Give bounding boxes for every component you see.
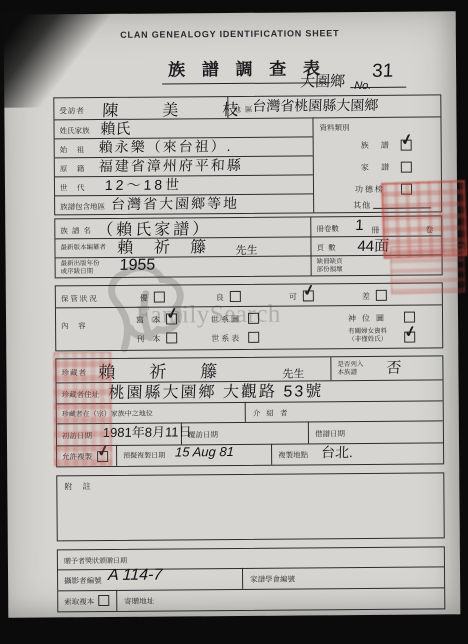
contents-lineage-chart-label: 世系圖	[211, 314, 241, 325]
number-underline	[350, 87, 406, 89]
compiler-suffix: 先生	[235, 242, 258, 258]
form-block-notes: 附 註	[56, 472, 445, 541]
year-label-line2: 或序跋日期	[61, 268, 94, 276]
photo-corner-shadow	[2, 12, 133, 108]
form-block-overview: 受訪者 陳 美 枝 地 區 台灣省桃園縣大園鄉 姓氏家族 賴氏 始 祖 賴永樂（…	[53, 94, 442, 215]
revisit-label: 覆訪日期	[188, 429, 218, 440]
volumes-unit-juan: 卷	[425, 224, 434, 235]
listed-label-line2: 本族譜	[337, 369, 357, 377]
copy-permit-label: 允許複製	[62, 451, 92, 462]
photographer-id-label: 攝影者編號	[64, 575, 102, 586]
copy-place-label: 複製地點	[278, 449, 308, 460]
cell-divider	[310, 217, 311, 275]
category-option-merit-board: 功德榜	[355, 184, 385, 195]
cell-divider	[116, 590, 117, 611]
cell-divider	[116, 445, 117, 466]
keeper-address-label: 珍藏者住址	[62, 389, 100, 400]
form-block-admin: 贈予者獎狀頒贈日期 攝影者編號 A 114-7 家譜學會編號 索取複本 寄贈地址	[57, 546, 445, 612]
category-option-family-record: 家 譜	[361, 162, 394, 173]
form-block-keeper: 珍藏者 賴 祈 籐 先生 是否列入 本族譜 否 珍藏者住址 桃園縣大園鄉 大觀路…	[55, 355, 444, 467]
checkbox-poor	[376, 290, 387, 301]
form-block-condition: 保管狀況 優 良 可 差 內 容 寫 本 刊 本 世系圖 世系表 神位圖 有關婦…	[55, 282, 444, 351]
contents-printed-label: 刊 本	[136, 334, 163, 345]
condition-label: 保管狀況	[61, 293, 99, 304]
family-label: 姓氏家族	[60, 125, 90, 136]
checkbox-merit-board	[401, 184, 412, 195]
checkbox-manuscript	[166, 313, 177, 324]
borrow-label: 借譜日期	[315, 428, 345, 439]
form-paper: FamilySearch CLAN GENEALOGY IDENTIFICATI…	[4, 11, 461, 618]
checkbox-excellent	[154, 292, 165, 303]
row-divider	[56, 304, 442, 308]
volumes-value: 1	[355, 217, 364, 234]
contents-tablet-chart-label: 神位圖	[348, 313, 390, 324]
row-divider	[57, 442, 443, 446]
origin-value: 福建省漳州府平和縣	[98, 155, 243, 176]
category-label: 資料類別	[319, 122, 349, 133]
award-date-label: 贈予者獎狀頒贈日期	[64, 556, 127, 566]
genealogy-title-label: 族 譜 名	[60, 225, 92, 236]
condition-poor-label: 差	[362, 291, 371, 302]
cell-divider	[245, 402, 246, 422]
checkbox-fair	[303, 290, 314, 301]
copy-date-label: 預擬複製日期	[123, 451, 165, 461]
first-visit-value: 1981年8月11日	[102, 421, 192, 441]
contents-women-label-line1: 有關婦女資料	[348, 328, 387, 336]
pages-label: 頁 數	[316, 242, 336, 253]
other-blank-line	[373, 207, 431, 209]
copy-request-label: 索取複本	[64, 596, 94, 607]
introducer-label: 介 紹 者	[253, 408, 290, 419]
category-other-label: 其他	[353, 200, 371, 211]
coverage-value: 台灣省大園鄉等地	[111, 193, 240, 214]
checkbox-lineage-table	[248, 332, 259, 343]
notes-label: 附 註	[64, 481, 94, 492]
generations-value: 12～18世	[105, 174, 183, 195]
compiler-label: 最新版本編纂者	[60, 244, 106, 252]
compiler-value: 賴 祈 籐	[117, 234, 215, 258]
first-ancestor-value: 賴永樂（來台祖）.	[98, 136, 233, 157]
contents-women-label-line2: （非僅姓氏）	[348, 336, 387, 344]
keeper-address-value: 桃園縣大園鄉 大觀路 53號	[108, 378, 324, 403]
copy-date-value: 15 Aug 81	[175, 444, 234, 459]
sheet-number: 31	[372, 61, 394, 83]
contents-manuscript-label: 寫 本	[136, 315, 163, 326]
volumes-label: 冊卷數	[316, 223, 339, 234]
keeper-position-label: 珍藏者在（宗）家族中之地位	[62, 409, 153, 420]
condition-good-label: 良	[216, 292, 225, 303]
checkbox-copy-request	[98, 595, 109, 606]
photographer-id-value: A 114-7	[108, 567, 163, 585]
pages-value: 44面	[357, 235, 390, 256]
cell-divider	[271, 444, 272, 465]
contents-label: 內 容	[61, 320, 87, 331]
category-option-genealogy: 族 譜	[361, 140, 394, 151]
condition-excellent-label: 優	[140, 293, 149, 304]
coverage-label: 族譜包含地區	[60, 201, 105, 212]
checkbox-genealogy	[401, 140, 412, 151]
keeper-label: 珍藏者	[61, 367, 87, 378]
missing-label-line2: 部份損壞	[317, 266, 343, 274]
copy-place-value: 台北.	[321, 442, 354, 462]
cell-divider	[242, 568, 243, 589]
cell-divider	[330, 357, 331, 380]
first-visit-label: 初訪日期	[62, 430, 92, 441]
area-value: 台灣省桃園縣大園鄉	[252, 95, 379, 116]
missing-label-line1: 缺冊缺頁	[317, 258, 343, 266]
first-ancestor-label: 始 祖	[60, 144, 86, 155]
condition-fair-label: 可	[289, 291, 298, 302]
mail-address-label: 寄贈地址	[124, 596, 154, 607]
checkbox-women-data	[404, 332, 415, 343]
checkbox-family-record	[401, 162, 412, 173]
region-handwriting: 大園鄉	[300, 70, 346, 91]
origin-label: 原 籍	[60, 163, 86, 174]
checkbox-copy-permit	[97, 451, 108, 462]
contents-lineage-table-label: 世系表	[211, 333, 241, 344]
society-id-label: 家譜學會編號	[250, 574, 295, 585]
area-label: 地 區	[233, 104, 253, 115]
year-label-line1: 最新出版年份	[61, 260, 100, 268]
form-block-edition: 族 譜 名 （賴氏家譜） 冊卷數 1 冊 卷 最新版本編纂者 賴 祈 籐 先生 …	[54, 215, 442, 278]
generations-label: 世 代	[60, 182, 86, 193]
checkbox-printed	[166, 332, 177, 343]
cell-divider	[312, 117, 314, 212]
listed-value: 否	[386, 357, 402, 378]
scanned-photo: FamilySearch CLAN GENEALOGY IDENTIFICATI…	[0, 0, 468, 644]
listed-label-line1: 是否列入	[337, 361, 363, 369]
cell-divider	[308, 421, 309, 443]
interviewee-label: 受訪者	[59, 105, 85, 116]
checkbox-good	[230, 291, 241, 302]
sheet-heading: CLAN GENEALOGY IDENTIFICATION SHEET	[4, 27, 456, 41]
checkbox-lineage-chart	[248, 313, 259, 324]
year-value: 1955	[119, 257, 155, 275]
